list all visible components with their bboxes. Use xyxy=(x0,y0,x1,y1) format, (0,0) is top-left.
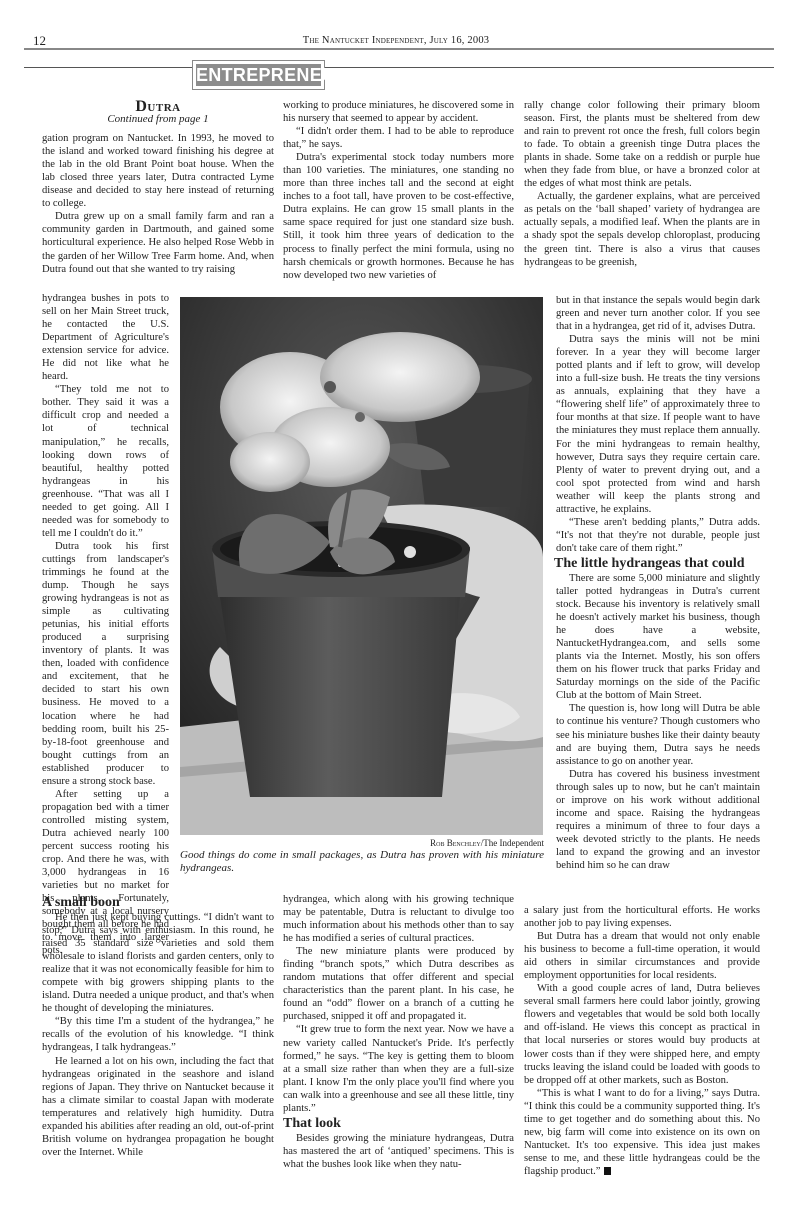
closing-paragraph-text: “This is what I want to do for a living,… xyxy=(524,1088,760,1177)
paragraph: Dutra has covered his business investmen… xyxy=(556,768,760,872)
article-headline: Dutra xyxy=(42,100,274,113)
paragraph: hydrangea, which along with his growing … xyxy=(283,893,514,945)
section-label: ENTREPRENEURS xyxy=(196,64,321,86)
paragraph: Dutra's experimental stock today numbers… xyxy=(283,151,514,281)
column-3-top: rally change color following their prima… xyxy=(524,99,760,269)
column-1-top: Dutra Continued from page 1 gation progr… xyxy=(42,100,274,276)
paragraph: “I didn't order them. I had to be able t… xyxy=(283,125,514,151)
section-rule xyxy=(24,67,774,68)
subhead-small-boon: A small boon xyxy=(42,894,274,911)
photo-illustration xyxy=(180,297,543,835)
paragraph: but in that instance the sepals would be… xyxy=(556,294,760,333)
column-1-narrow: hydrangea bushes in pots to sell on her … xyxy=(42,292,169,957)
photo-credit: Rob Benchley/The Independent xyxy=(380,838,544,848)
column-2-bottom: hydrangea, which along with his growing … xyxy=(283,893,514,1171)
issue-date: July 16, 2003 xyxy=(429,35,489,46)
paragraph: rally change color following their prima… xyxy=(524,99,760,190)
header-rule xyxy=(24,48,774,50)
paragraph: There are some 5,000 miniature and sligh… xyxy=(556,572,760,702)
paragraph: “By this time I'm a student of the hydra… xyxy=(42,1015,274,1054)
section-label-box: ENTREPRENEURS xyxy=(192,60,325,90)
paragraph: working to produce miniatures, he discov… xyxy=(283,99,514,125)
column-1-bottom: A small boon He then just kept buying cu… xyxy=(42,894,274,1159)
running-header: The Nantucket Independent, July 16, 2003 xyxy=(0,35,792,46)
paragraph: With a good couple acres of land, Dutra … xyxy=(524,982,760,1086)
photographer-name: Rob Benchley xyxy=(430,838,481,848)
paragraph: The question is, how long will Dutra be … xyxy=(556,702,760,767)
subhead-little-hydrangeas: The little hydrangeas that could xyxy=(554,555,760,572)
paragraph: “These aren't bedding plants,” Dutra add… xyxy=(556,516,760,555)
paragraph: hydrangea bushes in pots to sell on her … xyxy=(42,292,169,383)
paragraph: The new miniature plants were produced b… xyxy=(283,945,514,1023)
paragraph: “They told me not to bother. They said i… xyxy=(42,383,169,540)
paragraph: a salary just from the horticultural eff… xyxy=(524,904,760,930)
photo-credit-org: /The Independent xyxy=(481,838,544,848)
paragraph: Dutra grew up on a small family farm and… xyxy=(42,210,274,275)
paragraph: “It grew true to form the next year. Now… xyxy=(283,1023,514,1114)
paragraph: “This is what I want to do for a living,… xyxy=(524,1087,760,1178)
continued-from-line: Continued from page 1 xyxy=(42,113,274,126)
paragraph: Dutra says the minis will not be mini fo… xyxy=(556,333,760,516)
paragraph: gation program on Nantucket. In 1993, he… xyxy=(42,132,274,210)
subhead-that-look: That look xyxy=(283,1115,514,1132)
paragraph: He learned a lot on his own, including t… xyxy=(42,1055,274,1159)
end-of-story-mark-icon xyxy=(604,1167,611,1175)
column-3-narrow: but in that instance the sepals would be… xyxy=(556,294,760,872)
paragraph: He then just kept buying cuttings. “I di… xyxy=(42,911,274,1015)
paragraph: But Dutra has a dream that would not onl… xyxy=(524,930,760,982)
paragraph: Actually, the gardener explains, what ar… xyxy=(524,190,760,268)
photo-caption: Good things do come in small packages, a… xyxy=(180,849,544,875)
paragraph: Besides growing the miniature hydrangeas… xyxy=(283,1132,514,1171)
hydrangea-photo xyxy=(180,297,543,835)
column-3-bottom: a salary just from the horticultural eff… xyxy=(524,904,760,1178)
paragraph: Dutra took his first cuttings from lands… xyxy=(42,540,169,788)
publication-name: The Nantucket Independent xyxy=(303,35,424,46)
column-2-top: working to produce miniatures, he discov… xyxy=(283,99,514,282)
